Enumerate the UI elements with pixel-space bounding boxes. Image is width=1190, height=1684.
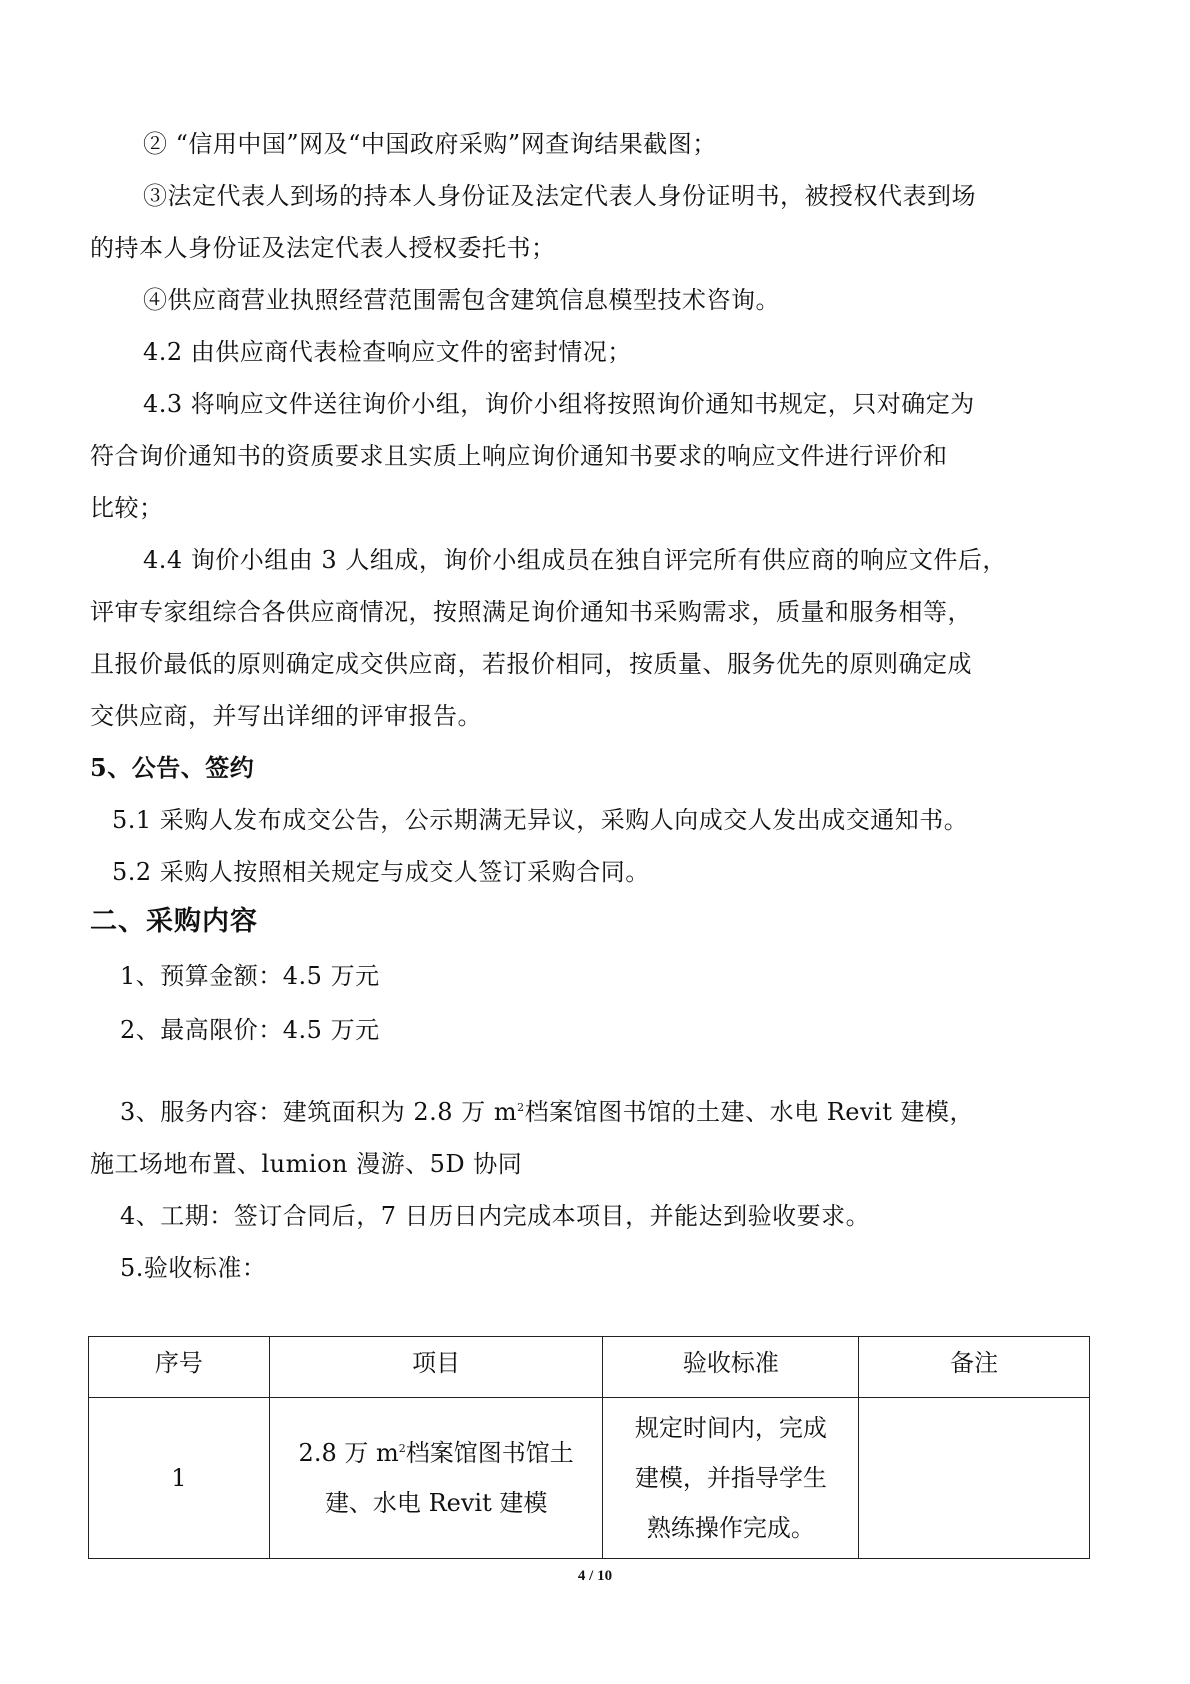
max-price: 2、最高限价：4.5 万元 (120, 1014, 380, 1046)
table-row: 1 2.8 万 m2档案馆图书馆土 建、水电 Revit 建模 规定时间内，完成… (89, 1398, 1090, 1559)
column-header: 备注 (859, 1337, 1090, 1398)
paragraph: 5.2 采购人按照相关规定与成交人签订采购合同。 (112, 856, 650, 888)
paragraph: ④供应商营业执照经营范围需包含建筑信息模型技术咨询。 (143, 284, 780, 316)
service-text: 档案馆图书馆的土建、水电 Revit 建模， (525, 1098, 974, 1126)
superscript: 2 (517, 1101, 525, 1114)
paragraph: 比较； (90, 492, 164, 524)
paragraph: 且报价最低的原则确定成交供应商，若报价相同，按质量、服务优先的原则确定成 (90, 648, 972, 680)
paragraph: 施工场地布置、lumion 漫游、5D 协同 (90, 1148, 522, 1180)
page-number: 4 / 10 (0, 1568, 1190, 1585)
superscript: 2 (399, 1442, 406, 1455)
acceptance-table: 序号 项目 验收标准 备注 1 2.8 万 m2档案馆图书馆土 建、水电 Rev… (88, 1336, 1090, 1559)
paragraph: 5.1 采购人发布成交公告，公示期满无异议，采购人向成交人发出成交通知书。 (112, 804, 968, 836)
standard-line: 建模，并指导学生 (603, 1453, 858, 1503)
column-header: 项目 (269, 1337, 603, 1398)
item-text: 2.8 万 m (299, 1439, 399, 1467)
standard-line: 规定时间内，完成 (603, 1403, 858, 1453)
item-line: 2.8 万 m2档案馆图书馆土 (270, 1428, 603, 1478)
column-header: 验收标准 (603, 1337, 859, 1398)
budget-amount: 1、预算金额：4.5 万元 (120, 960, 380, 992)
table-cell-standard: 规定时间内，完成 建模，并指导学生 熟练操作完成。 (603, 1398, 859, 1559)
service-content: 3、服务内容：建筑面积为 2.8 万 m2档案馆图书馆的土建、水电 Revit … (120, 1096, 974, 1128)
paragraph: 评审专家组综合各供应商情况，按照满足询价通知书采购需求，质量和服务相等， (90, 596, 972, 628)
table-cell-item: 2.8 万 m2档案馆图书馆土 建、水电 Revit 建模 (269, 1398, 603, 1559)
paragraph: ② “信用中国”网及“中国政府采购”网查询结果截图； (143, 128, 717, 160)
service-text: 3、服务内容：建筑面积为 2.8 万 m (120, 1098, 517, 1126)
item-text: 档案馆图书馆土 (406, 1439, 574, 1467)
paragraph: ③法定代表人到场的持本人身份证及法定代表人身份证明书，被授权代表到场 (143, 180, 976, 212)
table-cell-remark (859, 1398, 1090, 1559)
paragraph: 符合询价通知书的资质要求且实质上响应询价通知书要求的响应文件进行评价和 (90, 440, 948, 472)
paragraph: 的持本人身份证及法定代表人授权委托书； (90, 232, 556, 264)
chapter-heading: 二、采购内容 (90, 906, 258, 938)
section-heading: 5、公告、签约 (90, 752, 254, 784)
work-period: 4、工期：签订合同后，7 日历日内完成本项目，并能达到验收要求。 (120, 1200, 870, 1232)
paragraph: 4.3 将响应文件送往询价小组，询价小组将按照询价通知书规定，只对确定为 (143, 388, 975, 420)
item-line: 建、水电 Revit 建模 (270, 1478, 603, 1528)
paragraph: 4.4 询价小组由 3 人组成，询价小组成员在独自评完所有供应商的响应文件后， (143, 544, 1007, 576)
paragraph: 4.2 由供应商代表检查响应文件的密封情况； (143, 336, 632, 368)
acceptance-title: 5.验收标准： (120, 1252, 266, 1284)
standard-line: 熟练操作完成。 (603, 1503, 858, 1553)
table-header-row: 序号 项目 验收标准 备注 (89, 1337, 1090, 1398)
table-cell-no: 1 (89, 1398, 270, 1559)
column-header: 序号 (89, 1337, 270, 1398)
paragraph: 交供应商，并写出详细的评审报告。 (90, 700, 482, 732)
